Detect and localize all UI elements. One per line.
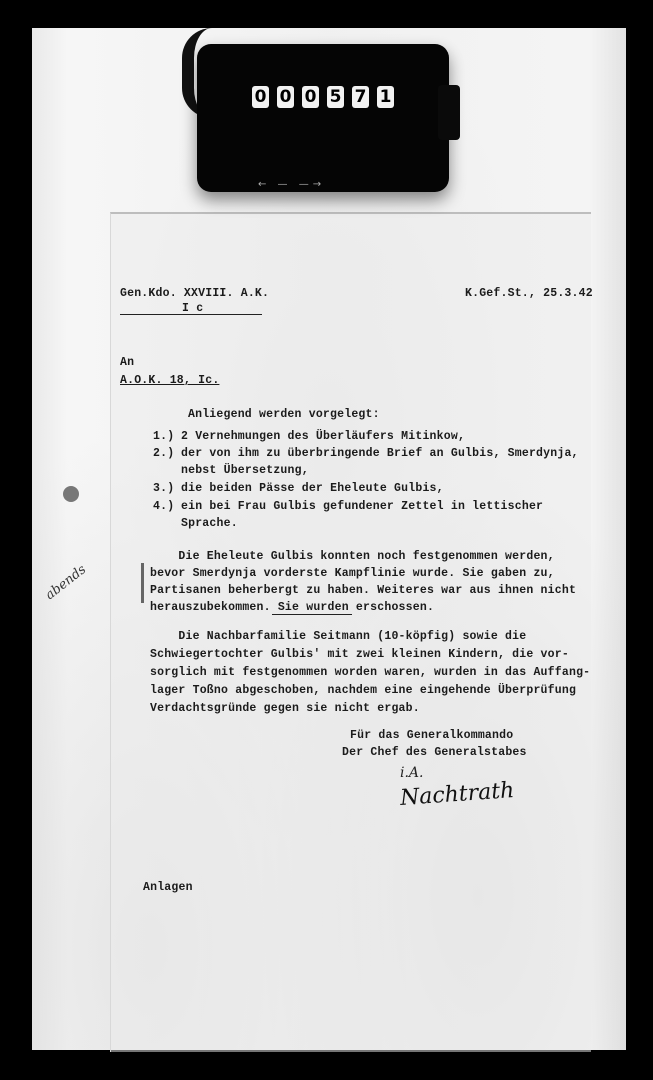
counter-digit: 1 bbox=[377, 86, 394, 108]
paragraph-2-line: Schwiegertochter Gulbis' mit zwei kleine… bbox=[150, 648, 569, 661]
counter-digit: 7 bbox=[352, 86, 369, 108]
paragraph-1-line: herauszubekommen. Sie wurden erschossen. bbox=[150, 601, 434, 614]
enclosure-item: 2 Vernehmungen des Überläufers Mitinkow, bbox=[181, 430, 465, 443]
paragraph-1-line: Partisanen beherbergt zu haben. Weiteres… bbox=[150, 584, 576, 597]
enclosure-number: 2.) bbox=[153, 447, 174, 460]
sender-unit: Gen.Kdo. XXVIII. A.K. bbox=[120, 287, 269, 300]
punch-hole bbox=[63, 486, 79, 502]
paragraph-2-line: Die Nachbarfamilie Seitmann (10-köpfig) … bbox=[150, 630, 526, 643]
enclosure-item: der von ihm zu überbringende Brief an Gu… bbox=[181, 447, 579, 460]
enclosure-item: die beiden Pässe der Eheleute Gulbis, bbox=[181, 482, 444, 495]
paragraph-1-line: Die Eheleute Gulbis konnten noch festgen… bbox=[150, 550, 555, 563]
paragraph-1-line: bevor Smerdynja vorderste Kampflinie wur… bbox=[150, 567, 555, 580]
paragraph-2-line: Verdachtsgründe gegen sie nicht ergab. bbox=[150, 702, 420, 715]
enclosures-intro: Anliegend werden vorgelegt: bbox=[188, 408, 380, 421]
counter-digit: 0 bbox=[302, 86, 319, 108]
paragraph-2-line: sorglich mit festgenommen worden waren, … bbox=[150, 666, 590, 679]
attachments-label: Anlagen bbox=[143, 881, 193, 894]
recipient-address: A.O.K. 18, Ic. bbox=[120, 374, 219, 387]
enclosure-number: 4.) bbox=[153, 500, 174, 513]
place-date: K.Gef.St., 25.3.42 bbox=[465, 287, 593, 300]
recipient-label: An bbox=[120, 356, 134, 369]
enclosure-number: 3.) bbox=[153, 482, 174, 495]
counter-arrows-icon: ← — —→ bbox=[258, 179, 325, 190]
sender-underline bbox=[120, 314, 262, 315]
margin-mark bbox=[141, 563, 144, 603]
counter-digit: 0 bbox=[277, 86, 294, 108]
enclosure-item-continued: nebst Übersetzung, bbox=[181, 464, 309, 477]
closing-line-2: Der Chef des Generalstabes bbox=[342, 746, 527, 759]
frame-counter-device bbox=[197, 44, 449, 192]
frame-counter-digits: 0 0 0 5 7 1 bbox=[252, 86, 394, 108]
enclosure-item: ein bei Frau Gulbis gefundener Zettel in… bbox=[181, 500, 543, 513]
closing-line-1: Für das Generalkommando bbox=[350, 729, 513, 742]
enclosure-number: 1.) bbox=[153, 430, 174, 443]
counter-knob bbox=[438, 85, 460, 140]
counter-digit: 0 bbox=[252, 86, 269, 108]
emphasis-underline bbox=[272, 614, 352, 615]
paragraph-2-line: lager Toßno abgeschoben, nachdem eine ei… bbox=[150, 684, 576, 697]
enclosure-item-continued: Sprache. bbox=[181, 517, 238, 530]
handwritten-initials: i.A. bbox=[400, 765, 424, 781]
counter-digit: 5 bbox=[327, 86, 344, 108]
